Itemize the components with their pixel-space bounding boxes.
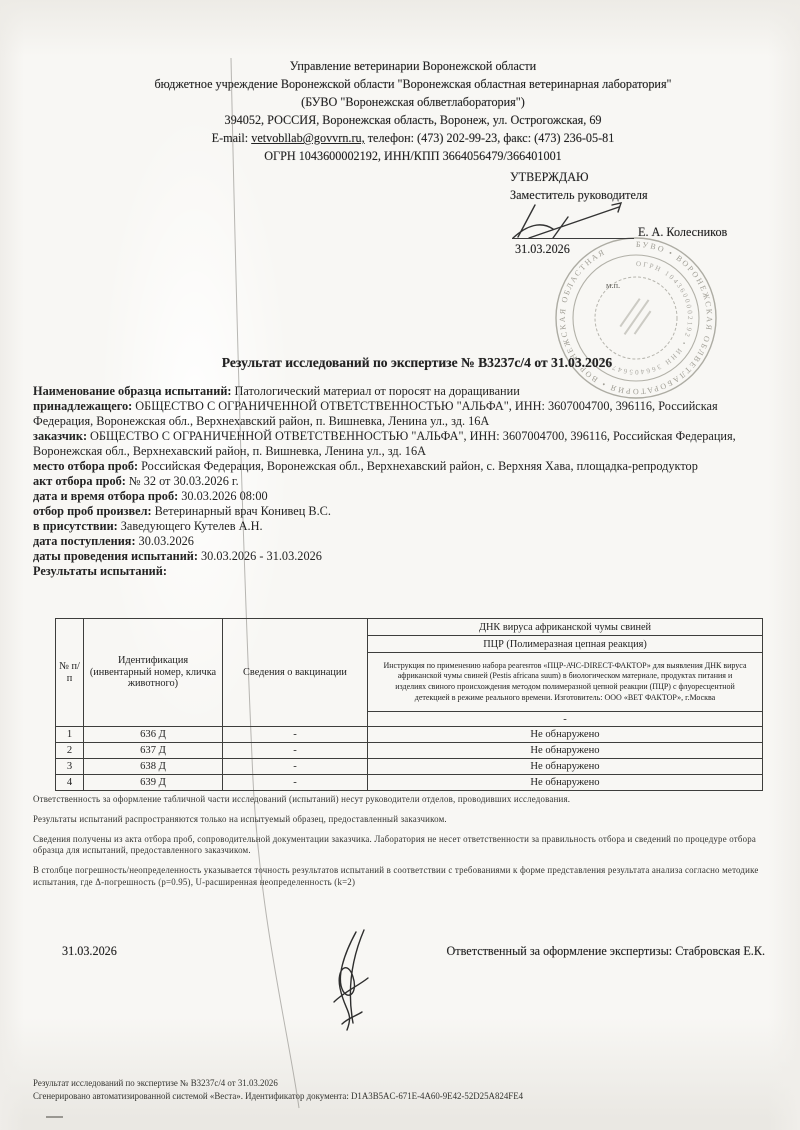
document-title: Результат исследований по экспертизе № В… — [0, 355, 800, 371]
email-link: vetvobllab@govvrn.ru, — [251, 131, 364, 145]
detail-line: отбор проб произвел:Ветеринарный врач Ко… — [33, 504, 775, 519]
approver-name: Е. А. Колесников — [638, 225, 727, 240]
signature-rule — [512, 238, 634, 239]
cell-id: 637 Д — [84, 743, 223, 759]
cell-result: Не обнаружено — [368, 759, 763, 775]
footer-generated-id: Сгенерировано автоматизированной системо… — [33, 1090, 778, 1103]
letterhead-address: 394052, РОССИЯ, Воронежская область, Вор… — [26, 111, 800, 129]
cell-num: 3 — [56, 759, 84, 775]
cell-vacc: - — [223, 775, 368, 791]
footer-expertise-ref: Результат исследований по экспертизе № В… — [33, 1077, 778, 1090]
col-header-identification: Идентификация (инвентарный номер, кличка… — [84, 619, 223, 727]
signoff-date: 31.03.2026 — [62, 944, 117, 959]
detail-line: место отбора проб:Российская Федерация, … — [33, 459, 775, 474]
col-header-vaccination: Сведения о вакцинации — [223, 619, 368, 727]
result-header-instruction: Инструкция по применению набора реагенто… — [368, 653, 763, 712]
detail-line: дата и время отбора проб:30.03.2026 08:0… — [33, 489, 775, 504]
cell-vacc: - — [223, 727, 368, 743]
results-table: № п/п Идентификация (инвентарный номер, … — [55, 618, 763, 791]
detail-line: Наименование образца испытаний:Патологич… — [33, 384, 775, 399]
note-line: Сведения получены из акта отбора проб, с… — [33, 834, 778, 858]
approval-date: 31.03.2026 — [515, 242, 570, 257]
scan-artifact-mark — [46, 1116, 63, 1118]
approval-word: УТВЕРЖДАЮ — [510, 170, 589, 185]
cell-result: Не обнаружено — [368, 727, 763, 743]
letterhead-ogrn-inn: ОГРН 1043600002192, ИНН/КПП 3664056479/3… — [26, 147, 800, 165]
note-line: В столбце погрешность/неопределенность у… — [33, 865, 778, 889]
table-row: 1 636 Д - Не обнаружено — [56, 727, 763, 743]
note-line: Ответственность за оформление табличной … — [33, 794, 778, 806]
document-footer: Результат исследований по экспертизе № В… — [33, 1077, 778, 1103]
disclaimer-notes: Ответственность за оформление табличной … — [33, 794, 778, 897]
result-header-dash: - — [368, 712, 763, 727]
cell-vacc: - — [223, 743, 368, 759]
cell-id: 639 Д — [84, 775, 223, 791]
cell-num: 4 — [56, 775, 84, 791]
scanned-document-page: БУВО • ВОРОНЕЖСКАЯ ОБЛВЕТЛАБОРАТОРИЯ • В… — [0, 0, 800, 1130]
stamp-center-blur — [618, 295, 655, 339]
stamp-mp-label: м.п. — [606, 280, 620, 290]
cell-num: 1 — [56, 727, 84, 743]
table-row: 4 639 Д - Не обнаружено — [56, 775, 763, 791]
letterhead-institution: бюджетное учреждение Воронежской области… — [26, 75, 800, 93]
note-line: Результаты испытаний распространяются то… — [33, 814, 778, 826]
result-header-method: ПЦР (Полимеразная цепная реакция) — [368, 636, 763, 653]
cell-id: 638 Д — [84, 759, 223, 775]
signoff-row: 31.03.2026 Ответственный за оформление э… — [62, 944, 765, 959]
detail-line: принадлежащего:ОБЩЕСТВО С ОГРАНИЧЕННОЙ О… — [33, 399, 775, 429]
result-header-analyte: ДНК вируса африканской чумы свиней — [368, 619, 763, 636]
cell-result: Не обнаружено — [368, 775, 763, 791]
detail-line: акт отбора проб:№ 32 от 30.03.2026 г. — [33, 474, 775, 489]
phone-fax: телефон: (473) 202-99-23, факс: (473) 23… — [368, 131, 615, 145]
letterhead-department: Управление ветеринарии Воронежской облас… — [26, 57, 800, 75]
detail-line: в присутствии:Заведующего Кутелев А.Н. — [33, 519, 775, 534]
sample-details: Наименование образца испытаний:Патологич… — [33, 384, 775, 579]
letterhead-contacts-line: E-mail: vetvobllab@govvrn.ru, телефон: (… — [26, 129, 800, 147]
detail-line: даты проведения испытаний:30.03.2026 - 3… — [33, 549, 775, 564]
detail-line: заказчик:ОБЩЕСТВО С ОГРАНИЧЕННОЙ ОТВЕТСТ… — [33, 429, 775, 459]
cell-id: 636 Д — [84, 727, 223, 743]
table-row: 3 638 Д - Не обнаружено — [56, 759, 763, 775]
director-signature — [500, 194, 650, 244]
letterhead: Управление ветеринарии Воронежской облас… — [0, 57, 800, 165]
detail-line: дата поступления:30.03.2026 — [33, 534, 775, 549]
cell-num: 2 — [56, 743, 84, 759]
signoff-responsible: Ответственный за оформление экспертизы: … — [447, 944, 766, 959]
detail-line: Результаты испытаний: — [33, 564, 775, 579]
letterhead-abbrev: (БУВО "Воронежская облветлаборатория") — [26, 93, 800, 111]
round-stamp-seal: БУВО • ВОРОНЕЖСКАЯ ОБЛВЕТЛАБОРАТОРИЯ • В… — [550, 232, 722, 404]
email-label: E-mail: — [212, 131, 249, 145]
cell-vacc: - — [223, 759, 368, 775]
col-header-number: № п/п — [56, 619, 84, 727]
cell-result: Не обнаружено — [368, 743, 763, 759]
table-row: 2 637 Д - Не обнаружено — [56, 743, 763, 759]
